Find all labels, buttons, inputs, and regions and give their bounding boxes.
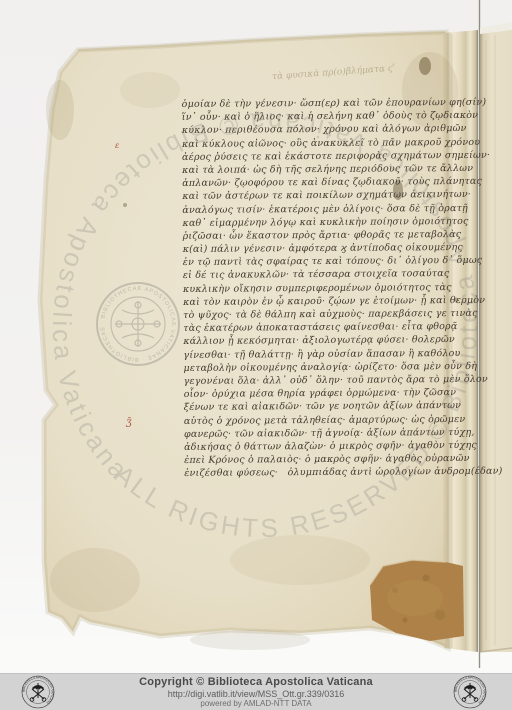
vatican-library-seal-icon: BIBLIOTECA APOSTOLICA VATICANA bbox=[453, 675, 487, 709]
manuscript-line: ξένων τε καὶ αἰακιδῶν· τῶν γε νοητῶν ἀξί… bbox=[184, 399, 454, 414]
vatican-library-seal-icon: BIBLIOTECA APOSTOLICA VATICANA bbox=[21, 675, 55, 709]
margin-mark-top: ε bbox=[115, 141, 119, 150]
manuscript-line: καὶ τῶν ἀστέρων τε καὶ ποικίλων σχημάτων… bbox=[182, 188, 452, 203]
footer-copyright: Copyright © Biblioteca Apostolica Vatica… bbox=[139, 676, 373, 689]
manuscript-line: κάλλιον ᾗ κεκόσμηται· ἀξιολογωτέρᾳ φύσει… bbox=[183, 333, 453, 348]
footer-bar: Copyright © Biblioteca Apostolica Vatica… bbox=[0, 673, 512, 710]
margin-mark-mid: ʒ̄ bbox=[126, 417, 132, 428]
manuscript-line bbox=[184, 478, 454, 493]
manuscript-line: εἰ δέ τις ἀνακυκλῶν· τὰ τέσσαρα στοιχεῖα… bbox=[183, 267, 453, 282]
footer-powered-by: powered by AMLAD-NTT DATA bbox=[139, 699, 373, 708]
footer-url: http://digi.vatlib.it/view/MSS_Ott.gr.33… bbox=[139, 689, 373, 699]
footer-text: Copyright © Biblioteca Apostolica Vatica… bbox=[139, 676, 373, 708]
manuscript-line: ἐνιζέσθαι φύσεως· ὀλυμπιάδας ἀντὶ ὡρολογ… bbox=[184, 465, 454, 480]
manuscript-text-block: ὁμοίαν δὲ τὴν γένεσιν· ὥσπ(ερ) καὶ τῶν ἐ… bbox=[182, 96, 455, 494]
manuscript-line: κύκλον· περιθέουσα πόλον· χρόνου καὶ ἀλό… bbox=[182, 122, 452, 137]
facing-page-edge bbox=[480, 22, 512, 652]
